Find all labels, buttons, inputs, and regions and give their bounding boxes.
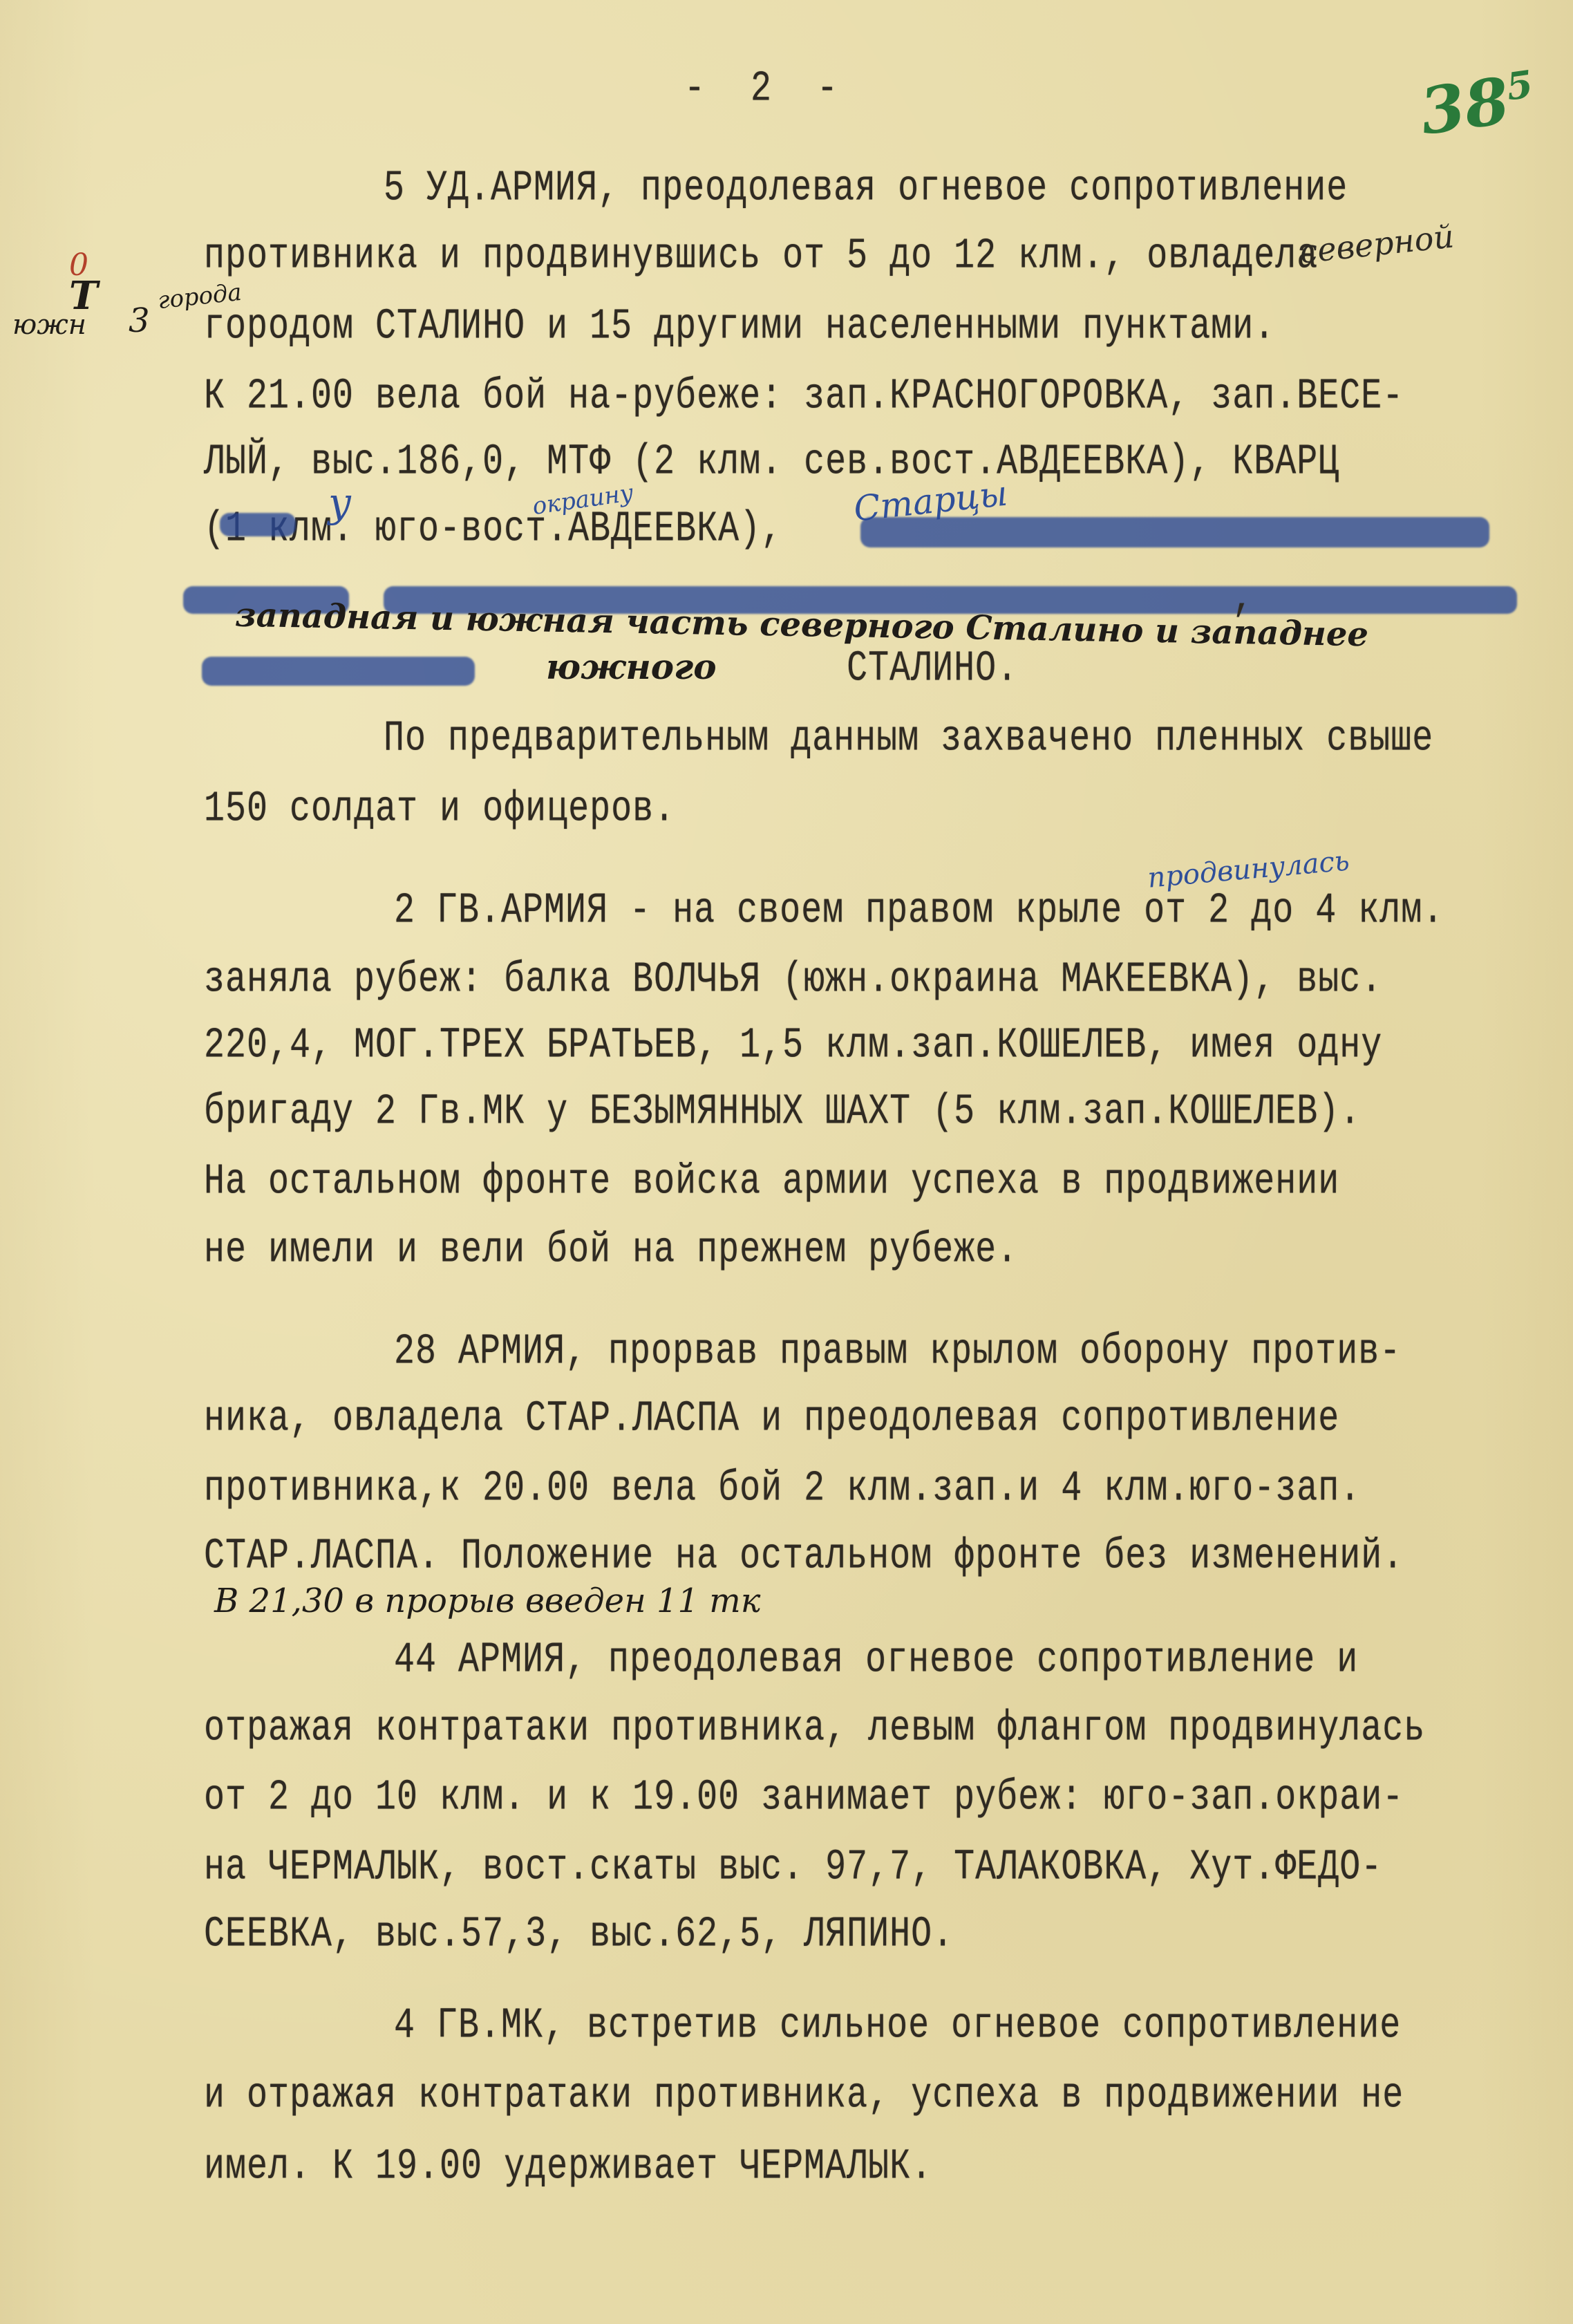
insertion-yuzhnogo: южного xyxy=(546,650,717,684)
text-line: противника,к 20.00 вела бой 2 клм.зап.и … xyxy=(204,1468,1361,1511)
text-line: 4 ГВ.МК, встретив сильное огневое сопрот… xyxy=(394,2005,1401,2048)
text-line: К 21.00 вела бой на-рубеже: зап.КРАСНОГО… xyxy=(204,375,1404,419)
text-line: По предварительным данным захвачено плен… xyxy=(384,718,1433,761)
text-line: на ЧЕРМАЛЫК, вост.скаты выс. 97,7, ТАЛАК… xyxy=(204,1846,1382,1890)
text-line: не имели и вели бой на прежнем рубеже. xyxy=(204,1229,1018,1273)
text-line: от 2 до 10 клм. и к 19.00 занимает рубеж… xyxy=(204,1777,1404,1820)
text-line: заняла рубеж: балка ВОЛЧЬЯ (южн.окраина … xyxy=(204,959,1382,1002)
text-line: 150 солдат и офицеров. xyxy=(204,788,675,832)
insertion-u: у xyxy=(328,482,352,523)
text-line: бригаду 2 Гв.МК у БЕЗЫМЯННЫХ ШАХТ (5 клм… xyxy=(204,1091,1361,1134)
text-line: 44 АРМИЯ, преодолевая огневое сопротивле… xyxy=(394,1639,1358,1683)
strikethrough xyxy=(220,513,296,536)
text-line: 28 АРМИЯ, прорвав правым крылом оборону … xyxy=(394,1331,1401,1374)
text-line: СТАР.ЛАСПА. Положение на остальном фронт… xyxy=(204,1535,1404,1579)
text-line: противника и продвинувшись от 5 до 12 кл… xyxy=(204,235,1318,279)
page-number: - 2 - xyxy=(684,68,850,111)
text-line: На остальном фронте войска армии успеха … xyxy=(204,1161,1339,1204)
text-line: 220,4, МОГ.ТРЕХ БРАТЬЕВ, 1,5 клм.зап.КОШ… xyxy=(204,1024,1382,1068)
archive-folio-number: 385 xyxy=(1364,2,1538,150)
text-line: отражая контратаки противника, левым фла… xyxy=(204,1707,1425,1751)
folio-number: 38 xyxy=(1415,63,1514,149)
text-line: имел. К 19.00 удерживает ЧЕРМАЛЫК. xyxy=(204,2146,932,2189)
strikethrough xyxy=(860,517,1489,547)
handwritten-note-11tk: В 21,30 в прорыв введен 11 тк xyxy=(214,1584,760,1618)
text-line: 5 УД.АРМИЯ, преодолевая огневое сопротив… xyxy=(384,167,1348,211)
text-line: и отражая контратаки противника, успеха … xyxy=(204,2074,1404,2118)
text-line: городом СТАЛИНО и 15 другими населенными… xyxy=(204,306,1275,349)
text-line: ЛЫЙ, выс.186,0, МТФ (2 клм. сев.вост.АВД… xyxy=(204,441,1339,485)
margin-note-3: 3 xyxy=(129,304,150,337)
text-line: ника, овладела СТАР.ЛАСПА и преодолевая … xyxy=(204,1398,1339,1441)
margin-note-red: 0 xyxy=(69,250,88,281)
text-line: 2 ГВ.АРМИЯ - на своем правом крыле от 2 … xyxy=(394,890,1444,933)
text-line: СЕЕВКА, выс.57,3, выс.62,5, ЛЯПИНО. xyxy=(204,1913,954,1957)
